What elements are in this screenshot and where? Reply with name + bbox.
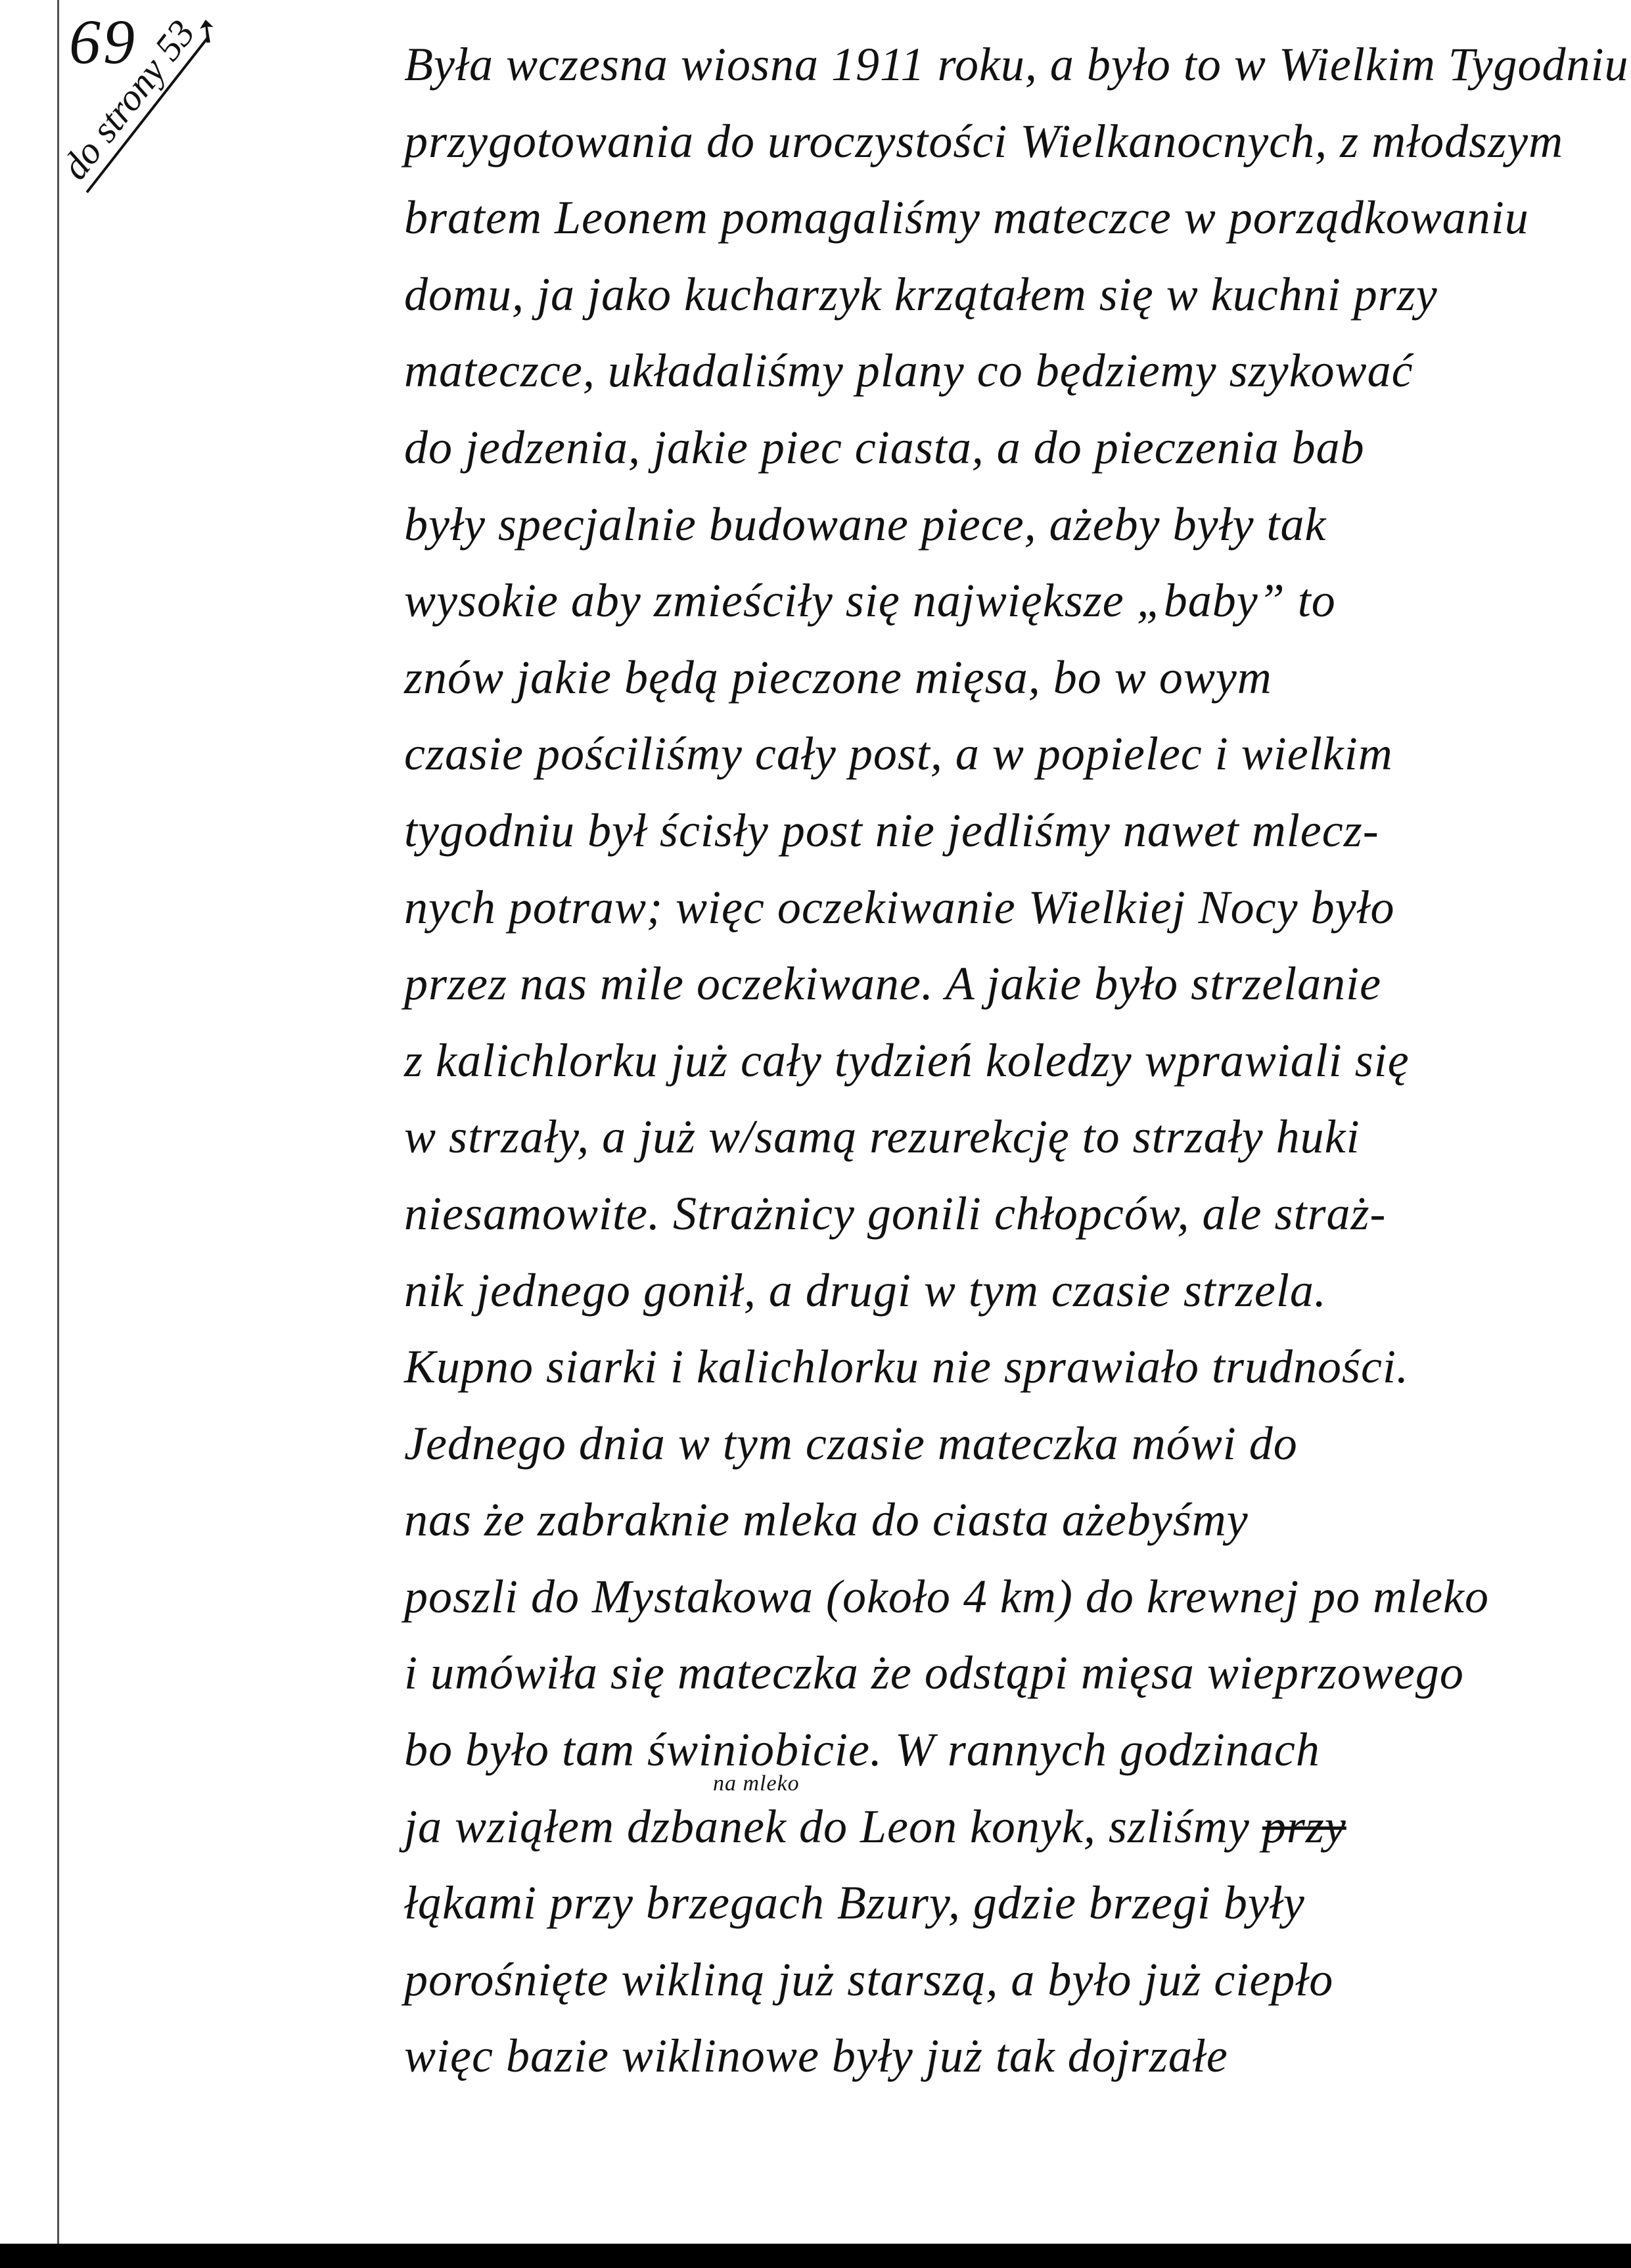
text-line: nych potraw; więc oczekiwanie Wielkiej N… bbox=[404, 869, 1613, 946]
text-line: Jednego dnia w tym czasie mateczka mówi … bbox=[404, 1405, 1613, 1482]
text-line: mateczce, układaliśmy plany co będziemy … bbox=[404, 332, 1613, 409]
text-line: nas że zabraknie mleka do ciasta ażebyśm… bbox=[404, 1482, 1613, 1558]
handwritten-text-body: Była wczesna wiosna 1911 roku, a było to… bbox=[404, 26, 1613, 2095]
text-line: bo było tam świniobicie. W rannych godzi… bbox=[404, 1712, 1613, 1788]
text-line: łąkami przy brzegach Bzury, gdzie brzegi… bbox=[404, 1865, 1613, 1941]
text-line: więc bazie wiklinowe były już tak dojrza… bbox=[404, 2018, 1613, 2095]
text-line: wysokie aby zmieściły się największe „ba… bbox=[404, 562, 1613, 639]
text-line: do jedzenia, jakie piec ciasta, a do pie… bbox=[404, 409, 1613, 486]
text-line: bratem Leonem pomagaliśmy mateczce w por… bbox=[404, 179, 1613, 256]
text-line: przez nas mile oczekiwane. A jakie było … bbox=[404, 945, 1613, 1022]
struck-out-word: przy bbox=[1262, 1800, 1346, 1853]
text-line: przygotowania do uroczystości Wielkanocn… bbox=[404, 103, 1613, 180]
text-line: nik jednego gonił, a drugi w tym czasie … bbox=[404, 1252, 1613, 1329]
text-line: tygodniu był ścisły post nie jedliśmy na… bbox=[404, 792, 1613, 869]
scan-bottom-edge bbox=[0, 2244, 1631, 2268]
text-line: porośnięte wikliną już starszą, a było j… bbox=[404, 1941, 1613, 2018]
text-line: były specjalnie budowane piece, ażeby by… bbox=[404, 486, 1613, 563]
text-line: znów jakie będą pieczone mięsa, bo w owy… bbox=[404, 639, 1613, 716]
text-line: ja wziąłem dzbanek do Leon konyk, szliśm… bbox=[404, 1788, 1613, 1865]
text-line: Kupno siarki i kalichlorku nie sprawiało… bbox=[404, 1328, 1613, 1405]
margin-rule-line bbox=[57, 0, 59, 2244]
interlinear-insertion: na mleko bbox=[713, 1773, 800, 1795]
manuscript-page: 69 do strony 53 ➚ Była wczesna wiosna 19… bbox=[0, 0, 1631, 2244]
text-line: z kalichlorku już cały tydzień koledzy w… bbox=[404, 1022, 1613, 1099]
text-line: niesamowite. Strażnicy gonili chłopców, … bbox=[404, 1175, 1613, 1252]
text-line: w strzały, a już w/samą rezurekcję to st… bbox=[404, 1099, 1613, 1175]
text-line: czasie pościliśmy cały post, a w popiele… bbox=[404, 715, 1613, 792]
text-line: Była wczesna wiosna 1911 roku, a było to… bbox=[404, 26, 1613, 103]
text-line-content: ja wziąłem dzbanek do Leon konyk, szliśm… bbox=[404, 1800, 1262, 1853]
text-line: domu, ja jako kucharzyk krzątałem się w … bbox=[404, 256, 1613, 333]
text-line: poszli do Mystakowa (około 4 km) do krew… bbox=[404, 1558, 1613, 1635]
text-line: i umówiła się mateczka że odstąpi mięsa … bbox=[404, 1635, 1613, 1712]
